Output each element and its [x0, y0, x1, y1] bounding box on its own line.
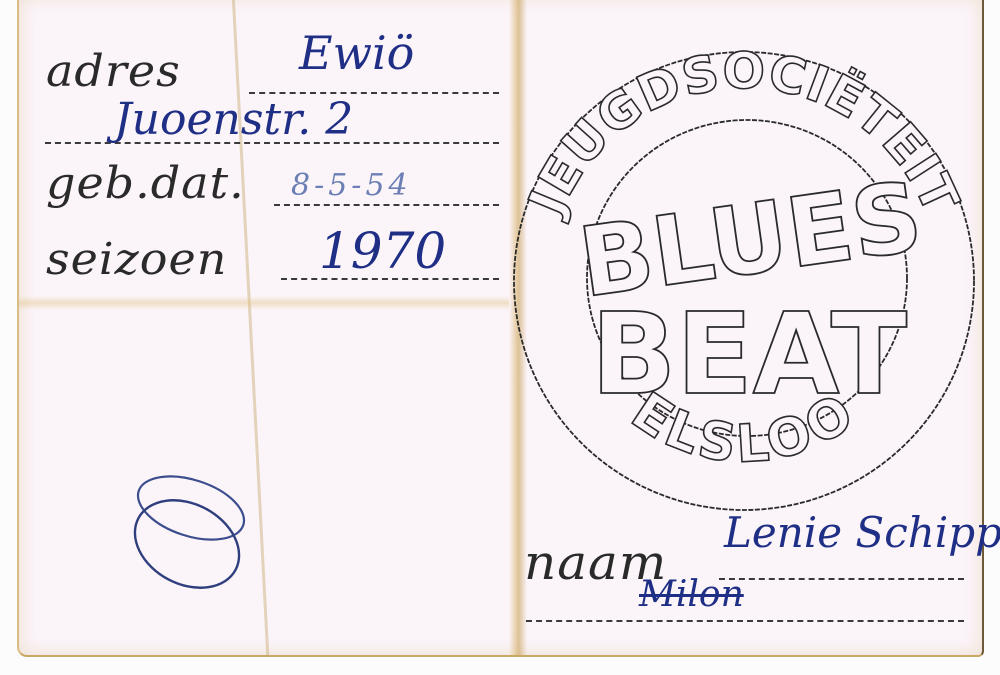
membership-card: adres Ewiö Juoenstr. 2 geb.dat. 8-5-54 s… [17, 0, 984, 657]
name-line-2 [526, 620, 964, 622]
blues-beat-logo: JEUGDSOCIËTEIT ELSLOO BLUES BEAT [509, 48, 979, 518]
pen-scribble-mark [119, 456, 279, 616]
birthdate-line [274, 204, 499, 206]
season-value: 1970 [319, 222, 446, 280]
address-value: Ewiö [299, 26, 414, 80]
paper-crease-horizontal [19, 296, 509, 310]
crossed-out-name: Milon [639, 574, 744, 615]
address-value-line2: Juoenstr. 2 [114, 94, 353, 145]
name-line-1 [719, 578, 964, 580]
season-label: seizoen [46, 233, 227, 284]
birthdate-label: geb.dat. [46, 157, 245, 208]
name-value: Lenie Schipper [724, 508, 1000, 557]
address-label: adres [46, 45, 181, 96]
birthdate-value: 8-5-54 [291, 168, 412, 203]
logo-center-text-beat: BEAT [591, 290, 907, 420]
